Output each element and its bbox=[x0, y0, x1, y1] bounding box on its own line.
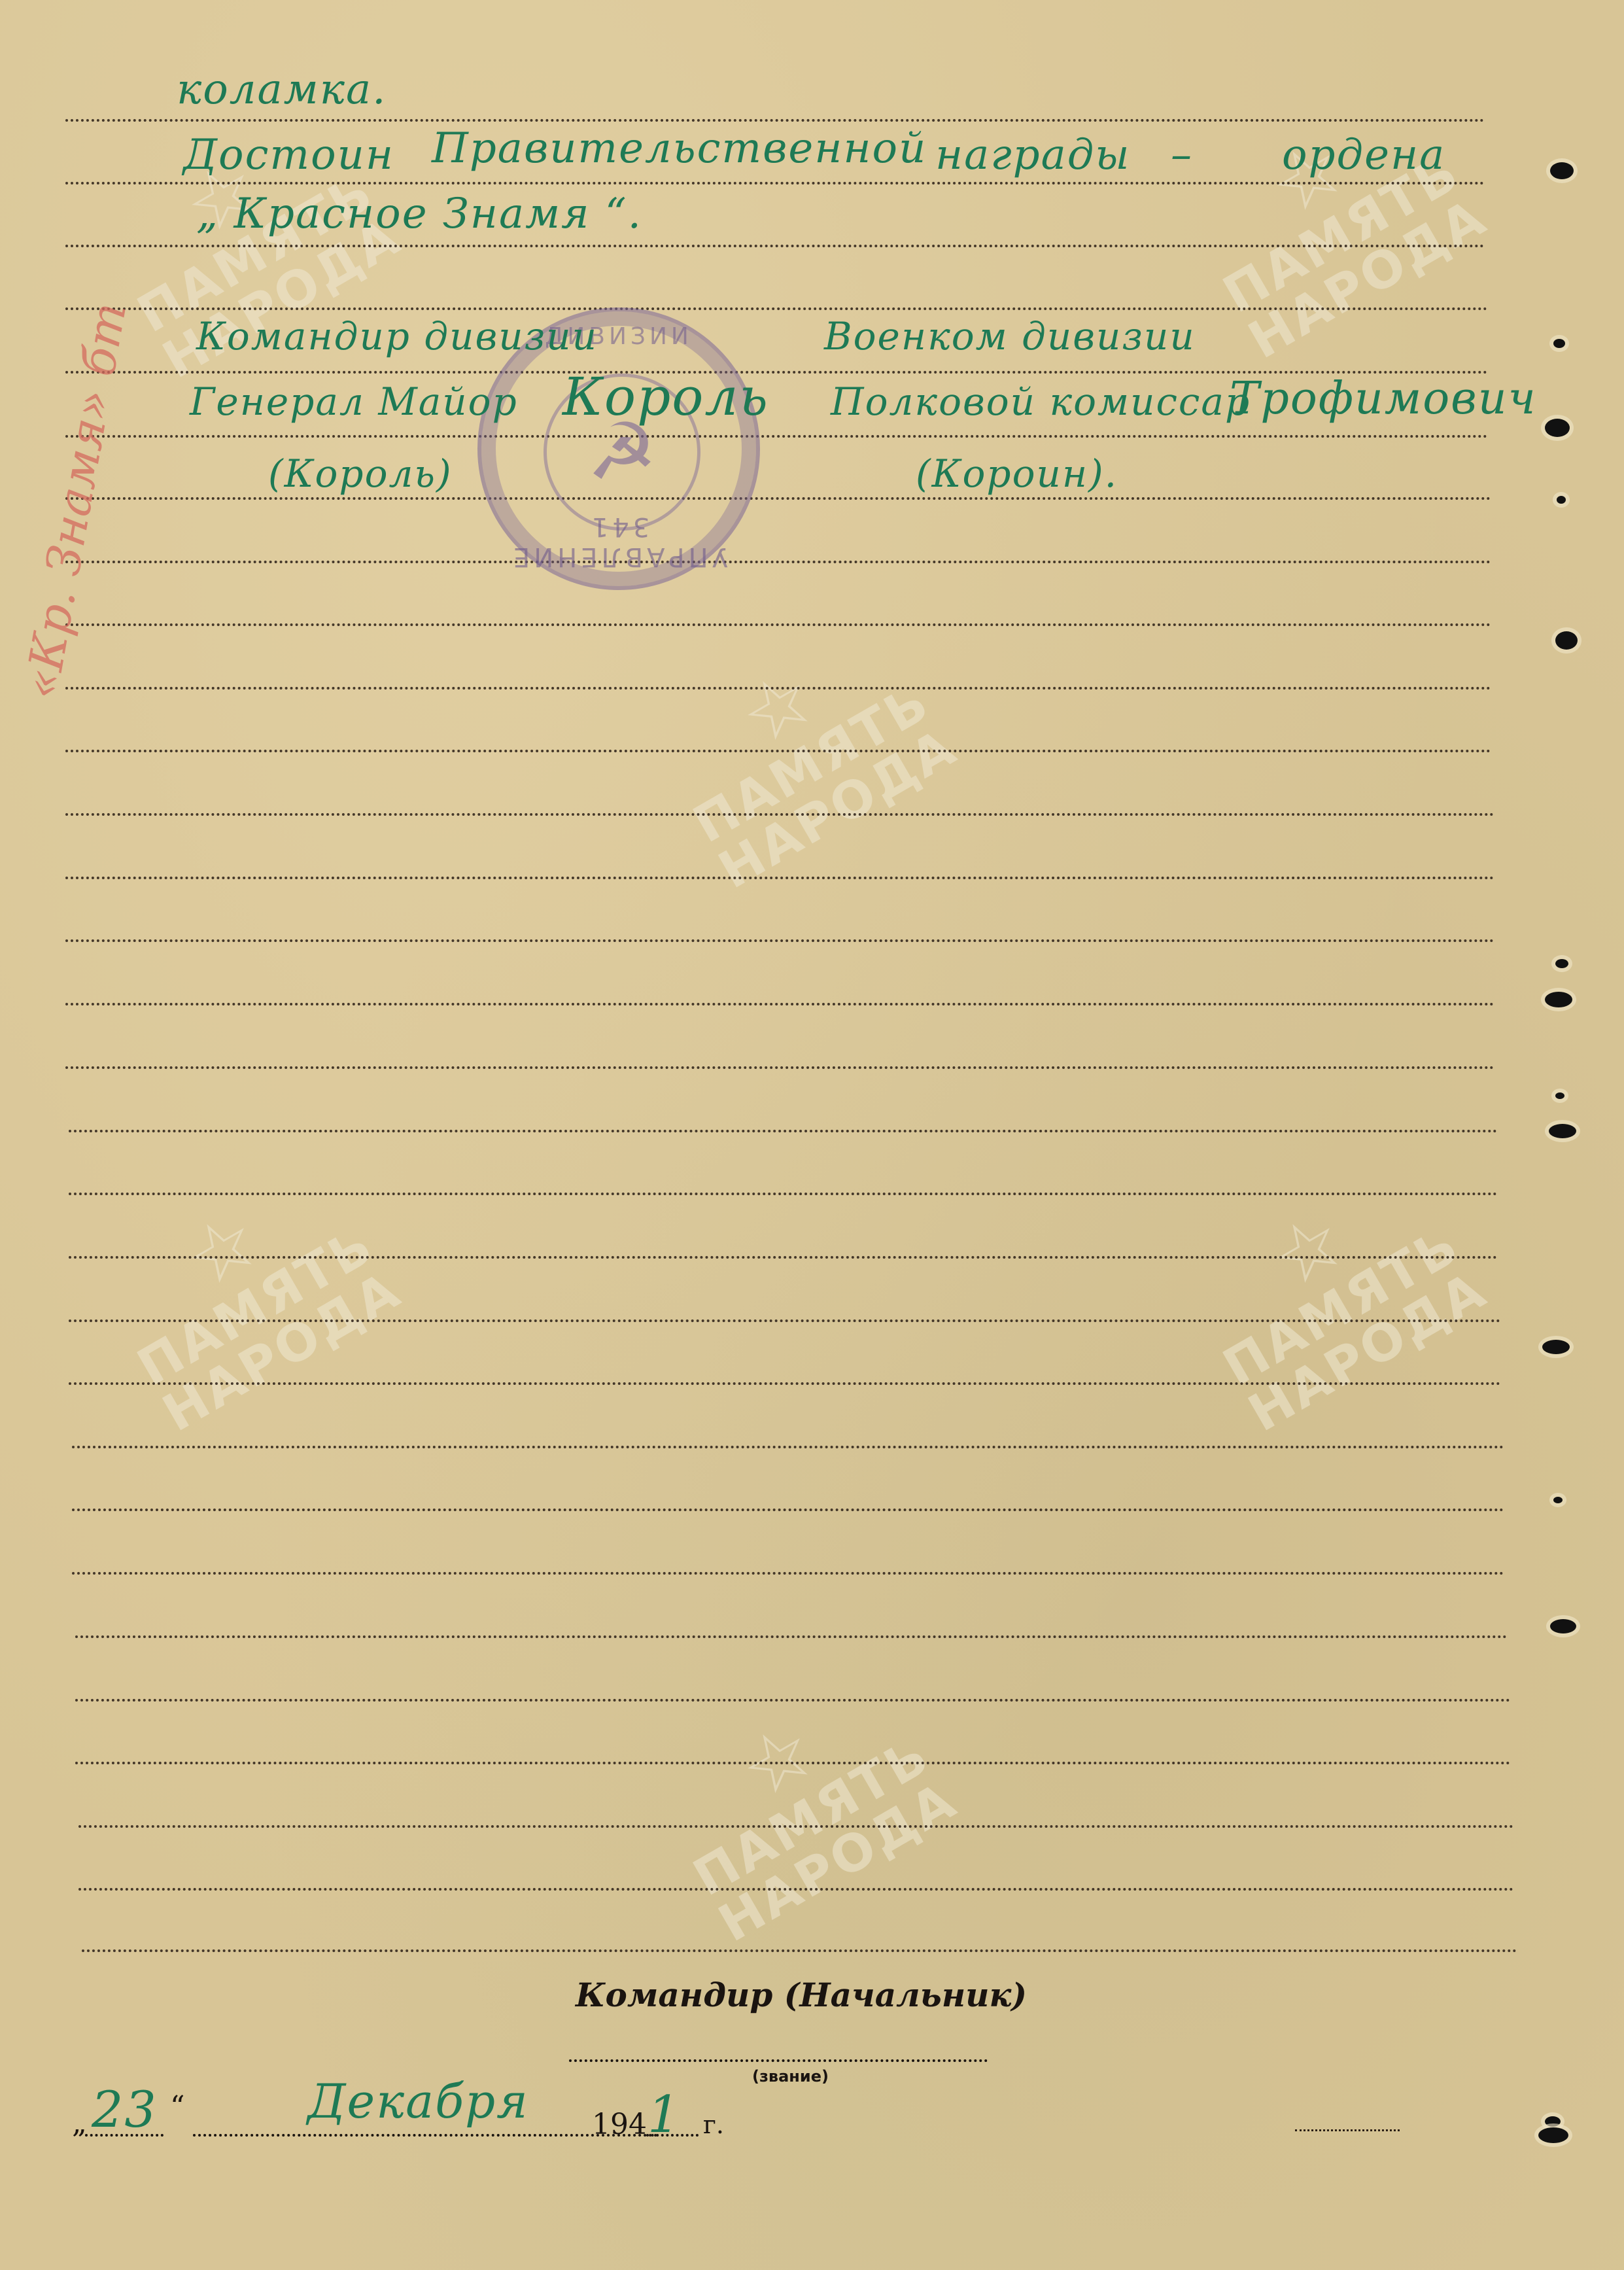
ruled-line bbox=[78, 1825, 1514, 1828]
right-signature: Трофимович bbox=[1230, 373, 1537, 425]
right-signature-name: (Короин). bbox=[916, 451, 1118, 496]
punch-hole bbox=[1553, 339, 1565, 348]
ruled-line bbox=[65, 307, 1488, 310]
handwritten-line-3: „ Красное Знамя “. bbox=[196, 190, 642, 238]
ruled-line bbox=[75, 1635, 1508, 1638]
handwritten-line-2-word-1: Достоин bbox=[183, 131, 394, 179]
ruled-line bbox=[65, 245, 1485, 247]
ruled-line bbox=[65, 497, 1491, 500]
ruled-line bbox=[65, 813, 1494, 816]
year-dots bbox=[646, 2134, 699, 2137]
ruled-line bbox=[72, 1509, 1504, 1511]
punch-hole bbox=[1555, 959, 1568, 968]
ruled-line bbox=[65, 687, 1491, 690]
rank-caption: (звание) bbox=[752, 2067, 829, 2086]
rank-line bbox=[569, 2059, 988, 2062]
handwritten-line-2-word-4: – bbox=[1171, 131, 1193, 179]
punch-hole bbox=[1538, 2127, 1568, 2143]
punch-hole bbox=[1557, 496, 1566, 504]
ruled-line bbox=[65, 182, 1485, 184]
month-dots bbox=[193, 2134, 657, 2137]
right-signature-title-2: Полковой комиссар bbox=[831, 379, 1251, 424]
left-signature-title-2: Генерал Майор bbox=[190, 379, 518, 424]
year-abbr: г. bbox=[703, 2110, 724, 2139]
punch-hole bbox=[1553, 1497, 1563, 1503]
ruled-line bbox=[72, 1446, 1504, 1448]
punch-hole bbox=[1545, 2116, 1561, 2127]
stamp-text-bottom: УПРАВЛЕНИЕ 341 bbox=[481, 512, 756, 572]
date-month: Декабря bbox=[307, 2074, 529, 2129]
ruled-line bbox=[65, 1066, 1494, 1069]
punch-hole bbox=[1555, 631, 1578, 650]
date-day: 23 bbox=[92, 2080, 158, 2139]
ruled-line bbox=[69, 1256, 1498, 1259]
ruled-line bbox=[65, 1003, 1494, 1005]
trailing-dotted-line bbox=[1295, 2129, 1400, 2131]
right-signature-title-1: Военком дивизии bbox=[824, 314, 1196, 358]
punch-hole bbox=[1555, 1092, 1564, 1099]
handwritten-line-2-word-3: награды bbox=[935, 131, 1130, 179]
ruled-line bbox=[65, 561, 1491, 563]
left-signature-name: (Король) bbox=[268, 451, 453, 496]
ruled-line bbox=[65, 877, 1494, 879]
ruled-line bbox=[75, 1762, 1511, 1764]
ruled-line bbox=[65, 623, 1491, 626]
ruled-line bbox=[69, 1382, 1501, 1385]
ruled-line bbox=[65, 750, 1491, 752]
ruled-line bbox=[65, 939, 1494, 942]
punch-hole bbox=[1550, 162, 1574, 179]
date-row: „ 23 “ Декабря 194 1 г. bbox=[72, 2087, 922, 2165]
left-signature-title-1: Командир дивизии bbox=[196, 314, 598, 358]
handwritten-line-1: коламка. bbox=[177, 65, 387, 114]
ruled-line bbox=[69, 1193, 1498, 1195]
punch-hole bbox=[1545, 419, 1570, 437]
ruled-line bbox=[72, 1572, 1504, 1575]
handwritten-line-2-word-5: ордена bbox=[1282, 131, 1445, 179]
ruled-line bbox=[78, 1888, 1514, 1891]
left-signature: Король bbox=[562, 366, 769, 427]
ruled-line bbox=[82, 1949, 1517, 1952]
commander-heading: Командир (Начальник) bbox=[576, 1976, 1027, 2014]
punch-hole bbox=[1542, 1340, 1570, 1354]
ruled-line bbox=[65, 435, 1488, 438]
ruled-line bbox=[69, 1130, 1498, 1132]
day-close-quote: “ bbox=[170, 2090, 185, 2123]
punch-hole bbox=[1549, 1124, 1576, 1138]
punch-hole bbox=[1550, 1619, 1576, 1633]
year-prefix: 194 bbox=[592, 2108, 647, 2141]
ruled-line bbox=[65, 119, 1485, 122]
ruled-line bbox=[69, 1319, 1501, 1322]
day-dots bbox=[85, 2134, 164, 2137]
handwritten-line-2-word-2: Правительственной bbox=[432, 124, 927, 173]
ruled-line bbox=[75, 1699, 1511, 1702]
punch-hole bbox=[1545, 992, 1572, 1007]
